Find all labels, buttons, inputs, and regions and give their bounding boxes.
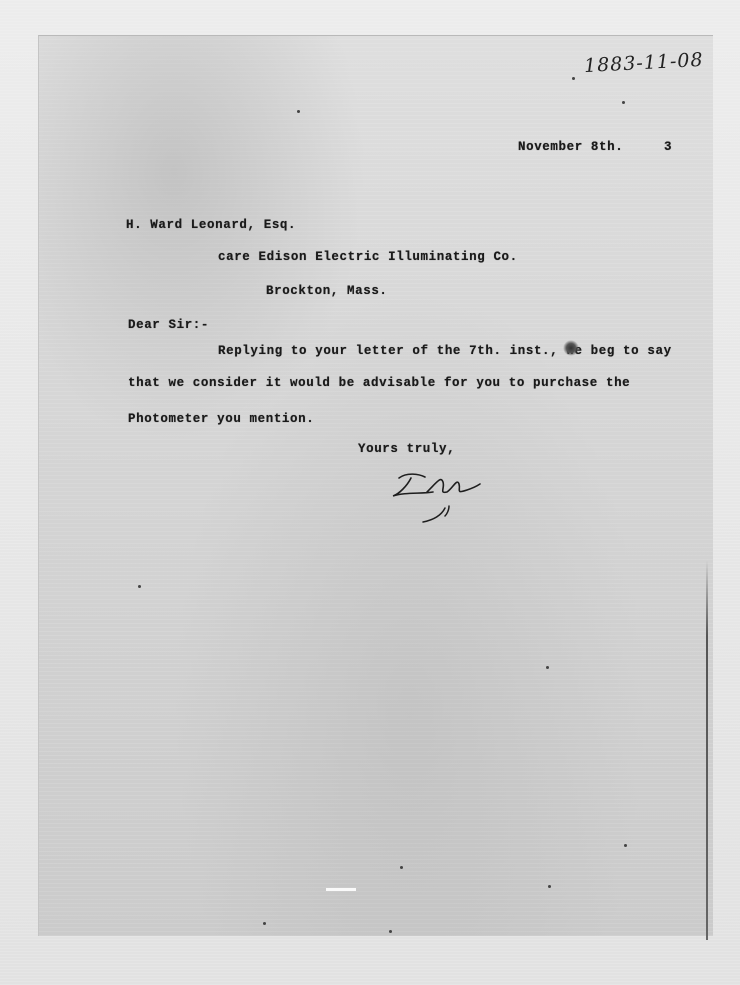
letter-page (38, 35, 713, 936)
year-fragment: 3 (664, 140, 672, 154)
recipient-name: H. Ward Leonard, Esq. (126, 218, 296, 232)
date-line: November 8th. (518, 140, 623, 154)
body-line: Replying to your letter of the 7th. inst… (218, 344, 672, 358)
recipient-care-of: care Edison Electric Illuminating Co. (218, 250, 518, 264)
paper-speck (624, 844, 627, 847)
closing: Yours truly, (358, 442, 455, 456)
paper-speck (572, 77, 575, 80)
paper-speck (297, 110, 300, 113)
scan-artifact (326, 888, 356, 891)
paper-speck (263, 922, 266, 925)
recipient-city: Brockton, Mass. (266, 284, 388, 298)
paper-speck (138, 585, 141, 588)
paper-speck (389, 930, 392, 933)
paper-speck (546, 666, 549, 669)
body-line: Photometer you mention. (128, 412, 314, 426)
salutation: Dear Sir:- (128, 318, 209, 332)
paper-speck (548, 885, 551, 888)
page-edge-shadow (706, 560, 708, 940)
paper-speck (622, 101, 625, 104)
ink-smudge (563, 340, 579, 356)
signature-mark (385, 468, 485, 530)
body-line: that we consider it would be advisable f… (128, 376, 630, 390)
paper-speck (400, 866, 403, 869)
